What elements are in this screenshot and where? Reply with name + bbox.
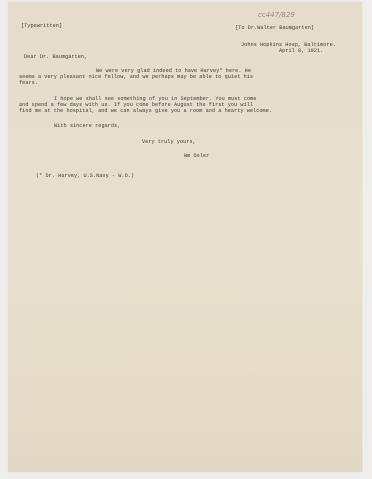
body-line: seems a very pleasant nice fellow, and w… <box>19 74 253 80</box>
salutation: Dear Dr. Baumgarten, <box>24 54 87 60</box>
body-line: fears. <box>19 80 38 86</box>
header-typewritten-note: [Typewritten] <box>21 23 62 29</box>
closing-regards: With sincere regards, <box>54 123 120 129</box>
header-recipient: [To Dr.Walter Baumgarten] <box>235 25 314 31</box>
letter-page: cc447/829 [Typewritten] [To Dr.Walter Ba… <box>8 2 362 472</box>
letter-date: April 8, 1921. <box>279 48 323 54</box>
archive-number: cc447/829 <box>258 11 295 19</box>
signature: Wm Osler <box>184 153 209 159</box>
closing: Very truly yours, <box>142 139 196 145</box>
body-line: find me at the hospital, and we can alwa… <box>19 108 272 114</box>
footnote: (* Dr. Harvey, U.S.Navy - W.O.) <box>36 173 134 179</box>
